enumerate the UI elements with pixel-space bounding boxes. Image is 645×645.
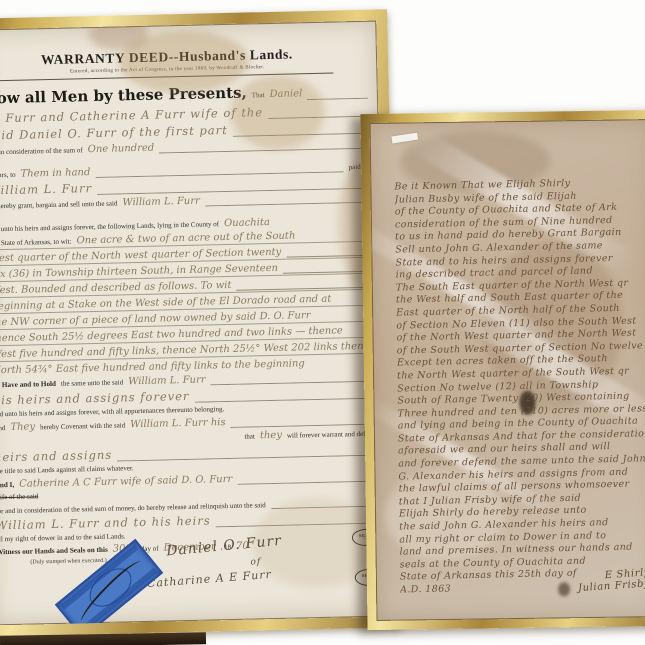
deed-text-segment: and State of Arkansas, to wit: [0,238,72,248]
deed-text-segment: To Have and to Hold [0,380,56,389]
warranty-deed-document: WARRANTY DEED--Husband's Lands. Entered,… [0,21,390,626]
deed-text-segment: hereby Covenant with the said [40,421,125,431]
deed-text-segment: William L. Furr [0,181,92,197]
deed-text-segment: Catherine A C Furr wife of said D. O. Fu… [19,474,232,490]
deed-text-segment: William L. Furr his [130,417,226,430]
deed-text-segment: and unto his heirs and assigns forever, … [0,220,219,233]
deed-text-segment [231,421,376,428]
deed-text-segment: William L. Furr [128,375,206,388]
deed-text-segment: (Duly stamped when executed.) [30,558,106,566]
deed-text-segment: Them in hand [20,167,90,180]
deed-text-segment: that [244,432,255,440]
left-picture-frame: WARRANTY DEED--Husband's Lands. Entered,… [0,9,401,636]
deed-text-segment: West. Bounded and described as follows. … [0,280,232,296]
deed-text-segment: Ouachita [224,217,270,229]
deed-body: now all Men by these Presents,ThatDaniel… [0,81,378,567]
deed-text-segment [205,199,370,207]
deed-text-segment: now all Men by these Presents, [0,84,247,108]
deed-text-segment: They [10,421,35,433]
paper-stain [88,21,149,52]
deed-text-segment: Daniel [269,88,302,100]
deed-header: WARRANTY DEED--Husband's Lands. Entered,… [0,45,351,81]
deed-text-segment: Six (36) in Township thirteen South, in … [0,263,278,281]
deed-text-segment [237,478,376,485]
deed-text-segment: heirs and assigns [0,448,112,465]
deed-text-segment: do hereby grant, bargain and sell unto t… [0,199,118,210]
deed-text-segment: all my right of dower in and to the said… [0,532,126,543]
deed-text-segment: And I, [0,481,14,489]
deed-text-segment: William L. Furr [122,196,200,209]
deed-text-segment [286,252,371,258]
deed-text-segment: they [260,430,282,441]
deed-text-segment [236,284,372,291]
manuscript-deed-document: Be it Known That we Elijah ShirlyJulian … [370,119,645,621]
deed-text-segment: and in consideration of the sum of [0,146,83,156]
deed-text-segment: West quarter of the North west quarter o… [0,247,281,265]
deed-text-segment: said Daniel O. Furr of the first part [0,123,228,142]
deed-text-segment: And [0,424,5,432]
deed-text-segment: the same unto the said [61,378,123,387]
deed-text-segment: his heirs and assigns forever [0,389,190,407]
deed-text-segment: One acre & two of an acre out of the Sou… [76,230,295,246]
deed-text-segment: One hundred [88,143,155,156]
signature-of-word: of [250,557,261,567]
deed-text-segment [283,268,372,274]
deed-text-segment: will forever warrant and defend [287,430,376,440]
deed-text-segment: wife of the said [0,492,38,501]
deed-text-segment [271,503,378,509]
manuscript-signature-area: E Shirly Julian Frisby [577,569,645,592]
signature-area: Daniel O. Furr of Catharine A E Furr SEA… [140,521,384,624]
deed-text-segment [307,95,368,100]
deed-text-segment: Witness our Hands and Seals on this [0,546,108,557]
deed-text-segment: That [252,91,265,99]
manuscript-body: Be it Known That we Elijah ShirlyJulian … [370,119,645,597]
deed-text-segment [268,113,368,119]
photo-of-framed-deeds: WARRANTY DEED--Husband's Lands. Entered,… [0,0,645,645]
deed-text-segment: dollars, to [0,171,16,180]
right-picture-frame: Be it Known That we Elijah ShirlyJulian … [360,110,645,630]
deed-text-segment [233,130,369,137]
deed-text-segment: and unto his heirs and assigns forever, … [0,405,224,418]
deed-text-segment [159,145,369,154]
signature-daniel-furr: Daniel O. Furr [166,533,283,560]
signature-catharine-furr: Catharine A E Furr [147,568,273,590]
deed-text-segment: the title to said Lands against all clai… [0,464,134,475]
